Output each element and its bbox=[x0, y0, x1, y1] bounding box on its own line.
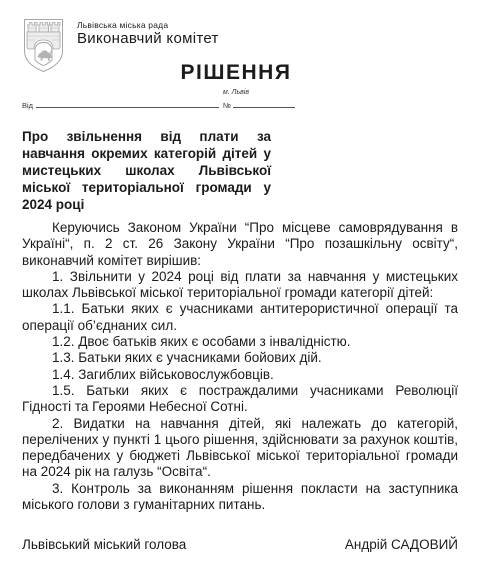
paragraph-item-1: 1. Звільнити у 2024 році від плати за на… bbox=[22, 269, 458, 302]
number-label: № bbox=[223, 101, 231, 110]
document-subject: Про звільнення від плати за навчання окр… bbox=[22, 128, 271, 213]
signer-name: Андрій САДОВИЙ bbox=[345, 537, 458, 552]
title-block: РІШЕННЯ м. Львів bbox=[0, 61, 472, 96]
date-label: Від bbox=[22, 101, 33, 110]
number-blank-line bbox=[233, 99, 295, 108]
signer-position: Львівський міський голова bbox=[22, 537, 186, 552]
date-blank-line bbox=[36, 99, 219, 108]
paragraph-item-2: 2. Видатки на навчання дітей, які належа… bbox=[22, 416, 458, 481]
issuing-organization: Львівська міська рада Виконавчий комітет bbox=[77, 17, 219, 48]
document-place: м. Львів bbox=[0, 89, 472, 96]
document-title: РІШЕННЯ bbox=[0, 61, 472, 85]
paragraph-preamble: Керуючись Законом України “Про місцеве с… bbox=[22, 220, 458, 269]
date-number-line: Від№ bbox=[22, 99, 295, 110]
paragraph-item-1-3: 1.3. Батьки яких є учасниками бойових ді… bbox=[22, 350, 458, 366]
decision-document-page: Львівська міська рада Виконавчий комітет… bbox=[0, 0, 480, 568]
paragraph-item-1-5: 1.5. Батьки яких є постраждалими учасник… bbox=[22, 383, 458, 416]
paragraph-item-1-2: 1.2. Двоє батьків яких є особами з інвал… bbox=[22, 334, 458, 350]
paragraph-item-3: 3. Контроль за виконанням рішення поклас… bbox=[22, 481, 458, 514]
department-name: Виконавчий комітет bbox=[77, 30, 219, 48]
paragraph-item-1-1: 1.1. Батьки яких є учасниками антитерори… bbox=[22, 301, 458, 334]
signature-block: Львівський міський голова Андрій САДОВИЙ bbox=[22, 537, 458, 552]
organization-name: Львівська міська рада bbox=[77, 20, 219, 30]
document-body: Керуючись Законом України “Про місцеве с… bbox=[22, 220, 458, 513]
paragraph-item-1-4: 1.4. Загиблих військовослужбовців. bbox=[22, 367, 458, 383]
